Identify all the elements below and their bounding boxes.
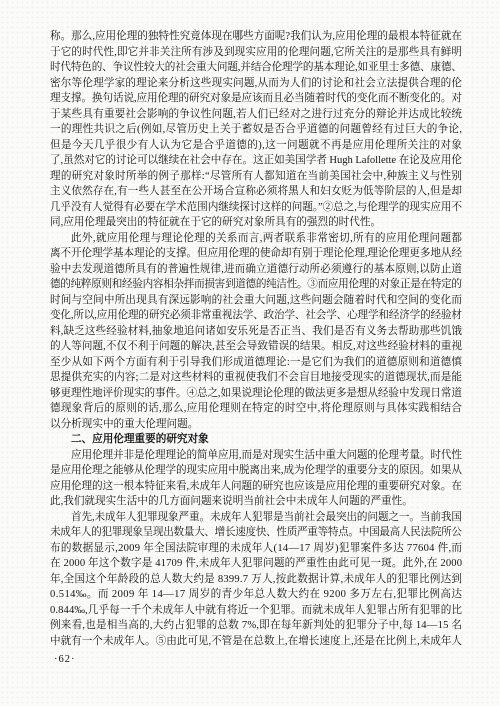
text-line: 二、应用伦理重要的研究对象 bbox=[50, 432, 462, 448]
text-column: 称。那么,应用伦理的独特性究竟体现在哪些方面呢?我们认为,应用伦理的最根本特征就… bbox=[50, 29, 462, 649]
text-line: 时代特色的、争议性较大的社会重大问题,并结合伦理学的基本理论,如亚里士多德、康德… bbox=[50, 60, 462, 76]
text-line-content: 但是今天几乎很少有人认为它是合乎道德的),这一问题就不再是应用伦理所关注的对象 bbox=[50, 138, 462, 154]
paragraph: 此外,就应用伦理与理论伦理的关系而言,两者联系非常密切,所有的应用伦理问题都离不… bbox=[50, 231, 462, 433]
text-line: 布的数据显示,2009 年全国法院审理的未成年人(14—17 周岁)犯罪案件多达… bbox=[50, 541, 462, 557]
text-line: 未成年人的犯罪现象呈现出数量大、增长速度快、性质严重等特点。中国最高人民法院所公 bbox=[50, 525, 462, 541]
text-line-content: 此外,就应用伦理与理论伦理的关系而言,两者联系非常密切,所有的应用伦理问题都 bbox=[71, 231, 462, 247]
text-line-content: 年,全国这个年龄段的总人数大约是 8399.7 万人,按此数据计算,未成年人的犯… bbox=[50, 572, 462, 588]
text-line-content: 料,缺乏这些经验材料,抽象地追问诸如安乐死是否正当、我们是否有义务去帮助那些饥饿 bbox=[50, 324, 462, 340]
document-page: 称。那么,应用伦理的独特性究竟体现在哪些方面呢?我们认为,应用伦理的最根本特征就… bbox=[0, 0, 500, 706]
text-line-content: 至少从如下两个方面有利于引导我们形成道德理论:一是它们为我们的道德原则和道德慎 bbox=[50, 355, 462, 371]
text-line: 德现象背后的原则的话,那么,应用伦理则在特定的时空中,将伦理原则与具体实践相结合 bbox=[50, 401, 462, 417]
text-line-content: 思提供充实的内容;二是对这些材料的重视使我们不会盲目地接受现实的道德现状,而是能 bbox=[50, 370, 462, 386]
text-line: 理支撑。换句话说,应用伦理的研究对象是应该而且必当随着时代的变化而不断变化的。对 bbox=[50, 91, 462, 107]
text-line-content: 例来看,也是相当高的,大约占犯罪的总数 7%,即在每年新判处的犯罪分子中,每 1… bbox=[50, 618, 462, 634]
text-line-content: 未成年人的犯罪现象呈现出数量大、增长速度快、性质严重等特点。中国最高人民法院所公 bbox=[50, 525, 462, 541]
text-line: 此外,就应用伦理与理论伦理的关系而言,两者联系非常密切,所有的应用伦理问题都 bbox=[50, 231, 462, 247]
text-line: 0.844‰,几乎每一千个未成年人中就有将近一个犯罪。而就未成年人犯罪占所有犯罪… bbox=[50, 603, 462, 619]
text-line: 验中去发现道德所具有的普遍性规律,进而确立道德行动所必须遵行的基本原则,以防止道 bbox=[50, 262, 462, 278]
text-line: 年,全国这个年龄段的总人数大约是 8399.7 万人,按此数据计算,未成年人的犯… bbox=[50, 572, 462, 588]
paragraph: 称。那么,应用伦理的独特性究竟体现在哪些方面呢?我们认为,应用伦理的最根本特征就… bbox=[50, 29, 462, 231]
text-line-content: 于它的时代性,即它并非关注所有涉及到现实应用的伦理问题,它所关注的是那些具有鲜明 bbox=[50, 45, 462, 61]
text-line: 变化,所以,应用伦理的研究必须非常重视法学、政治学、社会学、心理学和经济学的经验… bbox=[50, 308, 462, 324]
text-line-content: 离不开伦理学基本理论的支撑。但应用伦理的使命却有别于理论伦理,理论伦理更多地从经 bbox=[50, 246, 462, 262]
text-line: 密尔等伦理学家的理论来分析这些现实问题,从而为人们的讨论和社会立法提供合理的伦 bbox=[50, 76, 462, 92]
text-line: 够更理性地评价现实的事件。④总之,如果说理论伦理的做法更多是想从经验中发现日常道 bbox=[50, 386, 462, 402]
paragraph: 首先,未成年人犯罪现象严重。未成年人犯罪是当前社会最突出的问题之一。当前我国未成… bbox=[50, 510, 462, 650]
text-line: 应用伦理并非是伦理理论的简单应用,而是对现实生活中重大问题的伦理考量。时代性 bbox=[50, 448, 462, 464]
text-line: 应用伦理的这一根本特征来看,未成年人问题的研究也应该是应用伦理的重要研究对象。在 bbox=[50, 479, 462, 495]
text-line-content: 同,应用伦理最突出的特征就在于它的研究对象所具有的强烈的时代性。 bbox=[50, 215, 381, 231]
text-line-content: 是应用伦理之能够从伦理学的现实应用中脱离出来,成为伦理学的重要分支的原因。如果从 bbox=[50, 463, 462, 479]
text-line-content: 中就有一个未成年人。⑤由此可见,不管是在总数上,在增长速度上,还是在比例上,未成… bbox=[50, 634, 462, 650]
text-line-content: 德现象背后的原则的话,那么,应用伦理则在特定的时空中,将伦理原则与具体实践相结合 bbox=[50, 401, 462, 417]
text-line-content: 密尔等伦理学家的理论来分析这些现实问题,从而为人们的讨论和社会立法提供合理的伦 bbox=[50, 76, 462, 92]
text-line: 以分析现实中的重大伦理问题。 bbox=[50, 417, 462, 433]
text-line-content: 应用伦理并非是伦理理论的简单应用,而是对现实生活中重大问题的伦理考量。时代性 bbox=[71, 448, 462, 464]
text-line-content: 在 2000 年这个数字是 41709 件,未成年人犯罪问题的严重性由此可见一斑… bbox=[50, 556, 462, 572]
text-line: 一的理性共识之后(例如,尽管历史上关于蓄奴是否合乎道德的问题曾经有过巨大的争论, bbox=[50, 122, 462, 138]
text-line: 首先,未成年人犯罪现象严重。未成年人犯罪是当前社会最突出的问题之一。当前我国 bbox=[50, 510, 462, 526]
text-line: 此,我们就现实生活中的几方面问题来说明当前社会中未成年人问题的严重性。 bbox=[50, 494, 462, 510]
text-line: 称。那么,应用伦理的独特性究竟体现在哪些方面呢?我们认为,应用伦理的最根本特征就… bbox=[50, 29, 462, 45]
text-line-content: 理支撑。换句话说,应用伦理的研究对象是应该而且必当随着时代的变化而不断变化的。对 bbox=[50, 91, 462, 107]
text-line-content: 布的数据显示,2009 年全国法院审理的未成年人(14—17 周岁)犯罪案件多达… bbox=[50, 541, 462, 557]
text-line-content: 首先,未成年人犯罪现象严重。未成年人犯罪是当前社会最突出的问题之一。当前我国 bbox=[71, 510, 462, 526]
text-line-content: 时间与空间中所出现具有深远影响的社会重大问题,这些问题会随着时代和空间的变化而 bbox=[50, 293, 462, 309]
text-line: 理的研究对象时所举的例子那样:“尽管所有人都知道在当前美国社会中,种族主义与性别 bbox=[50, 169, 462, 185]
text-line-content: 验中去发现道德所具有的普遍性规律,进而确立道德行动所必须遵行的基本原则,以防止道 bbox=[50, 262, 462, 278]
text-line-content: 了,虽然对它的讨论可以继续在社会中存在。这正如美国学者 Hugh Lafolle… bbox=[50, 153, 462, 169]
text-line: 离不开伦理学基本理论的支撑。但应用伦理的使命却有别于理论伦理,理论伦理更多地从经 bbox=[50, 246, 462, 262]
text-line-content: 德的纯粹原则和经验内容相杂拌而损害到道德的纯洁性。③而应用伦理的对象正是在特定的 bbox=[50, 277, 462, 293]
text-line: 思提供充实的内容;二是对这些材料的重视使我们不会盲目地接受现实的道德现状,而是能 bbox=[50, 370, 462, 386]
text-line: 0.514‰。而 2009 年 14—17 周岁的青少年总人数大约在 9200 … bbox=[50, 587, 462, 603]
text-line-content: 理的研究对象时所举的例子那样:“尽管所有人都知道在当前美国社会中,种族主义与性别 bbox=[50, 169, 462, 185]
text-line-content: 一的理性共识之后(例如,尽管历史上关于蓄奴是否合乎道德的问题曾经有过巨大的争论, bbox=[50, 122, 462, 138]
text-line-content: 0.844‰,几乎每一千个未成年人中就有将近一个犯罪。而就未成年人犯罪占所有犯罪… bbox=[50, 603, 462, 619]
text-line: 例来看,也是相当高的,大约占犯罪的总数 7%,即在每年新判处的犯罪分子中,每 1… bbox=[50, 618, 462, 634]
text-line: 几乎没有人觉得有必要在学术范围内继续探讨这样的问题。”②总之,与伦理学的现实应用… bbox=[50, 200, 462, 216]
text-line: 料,缺乏这些经验材料,抽象地追问诸如安乐死是否正当、我们是否有义务去帮助那些饥饿 bbox=[50, 324, 462, 340]
text-line-content: 时代特色的、争议性较大的社会重大问题,并结合伦理学的基本理论,如亚里士多德、康德… bbox=[50, 60, 462, 76]
text-line: 主义依然存在,有一些人甚至在公开场合宣称必须将黑人和妇女贬为低等阶层的人,但是却 bbox=[50, 184, 462, 200]
text-line: 了,虽然对它的讨论可以继续在社会中存在。这正如美国学者 Hugh Lafolle… bbox=[50, 153, 462, 169]
paragraph: 应用伦理并非是伦理理论的简单应用,而是对现实生活中重大问题的伦理考量。时代性是应… bbox=[50, 448, 462, 510]
text-line: 德的纯粹原则和经验内容相杂拌而损害到道德的纯洁性。③而应用伦理的对象正是在特定的 bbox=[50, 277, 462, 293]
text-line-content: 够更理性地评价现实的事件。④总之,如果说理论伦理的做法更多是想从经验中发现日常道 bbox=[50, 386, 462, 402]
text-line: 于某些具有重要社会影响的争议性问题,若人们已经对之进行过充分的辩论并达成比较统 bbox=[50, 107, 462, 123]
text-line-content: 应用伦理的这一根本特征来看,未成年人问题的研究也应该是应用伦理的重要研究对象。在 bbox=[50, 479, 462, 495]
text-line: 的人等问题,不仅不利于问题的解决,甚至会导致错误的结果。相反,对这些经验材料的重… bbox=[50, 339, 462, 355]
text-line-content: 的人等问题,不仅不利于问题的解决,甚至会导致错误的结果。相反,对这些经验材料的重… bbox=[50, 339, 462, 355]
text-line: 于它的时代性,即它并非关注所有涉及到现实应用的伦理问题,它所关注的是那些具有鲜明 bbox=[50, 45, 462, 61]
text-line-content: 变化,所以,应用伦理的研究必须非常重视法学、政治学、社会学、心理学和经济学的经验… bbox=[50, 308, 462, 324]
text-line: 是应用伦理之能够从伦理学的现实应用中脱离出来,成为伦理学的重要分支的原因。如果从 bbox=[50, 463, 462, 479]
text-line-content: 于某些具有重要社会影响的争议性问题,若人们已经对之进行过充分的辩论并达成比较统 bbox=[50, 107, 462, 123]
text-line-content: 几乎没有人觉得有必要在学术范围内继续探讨这样的问题。”②总之,与伦理学的现实应用… bbox=[50, 200, 462, 216]
text-line: 在 2000 年这个数字是 41709 件,未成年人犯罪问题的严重性由此可见一斑… bbox=[50, 556, 462, 572]
section-heading: 二、应用伦理重要的研究对象 bbox=[50, 432, 462, 448]
text-line-content: 二、应用伦理重要的研究对象 bbox=[71, 432, 209, 448]
text-line-content: 以分析现实中的重大伦理问题。 bbox=[50, 417, 198, 433]
text-line: 中就有一个未成年人。⑤由此可见,不管是在总数上,在增长速度上,还是在比例上,未成… bbox=[50, 634, 462, 650]
text-line-content: 0.514‰。而 2009 年 14—17 周岁的青少年总人数大约在 9200 … bbox=[50, 587, 462, 603]
text-line: 至少从如下两个方面有利于引导我们形成道德理论:一是它们为我们的道德原则和道德慎 bbox=[50, 355, 462, 371]
text-line-content: 称。那么,应用伦理的独特性究竟体现在哪些方面呢?我们认为,应用伦理的最根本特征就… bbox=[50, 29, 462, 45]
page-number: ·62· bbox=[54, 652, 76, 667]
text-line: 同,应用伦理最突出的特征就在于它的研究对象所具有的强烈的时代性。 bbox=[50, 215, 462, 231]
text-line-content: 主义依然存在,有一些人甚至在公开场合宣称必须将黑人和妇女贬为低等阶层的人,但是却 bbox=[50, 184, 462, 200]
text-line: 时间与空间中所出现具有深远影响的社会重大问题,这些问题会随着时代和空间的变化而 bbox=[50, 293, 462, 309]
text-line: 但是今天几乎很少有人认为它是合乎道德的),这一问题就不再是应用伦理所关注的对象 bbox=[50, 138, 462, 154]
text-line-content: 此,我们就现实生活中的几方面问题来说明当前社会中未成年人问题的严重性。 bbox=[50, 494, 413, 510]
